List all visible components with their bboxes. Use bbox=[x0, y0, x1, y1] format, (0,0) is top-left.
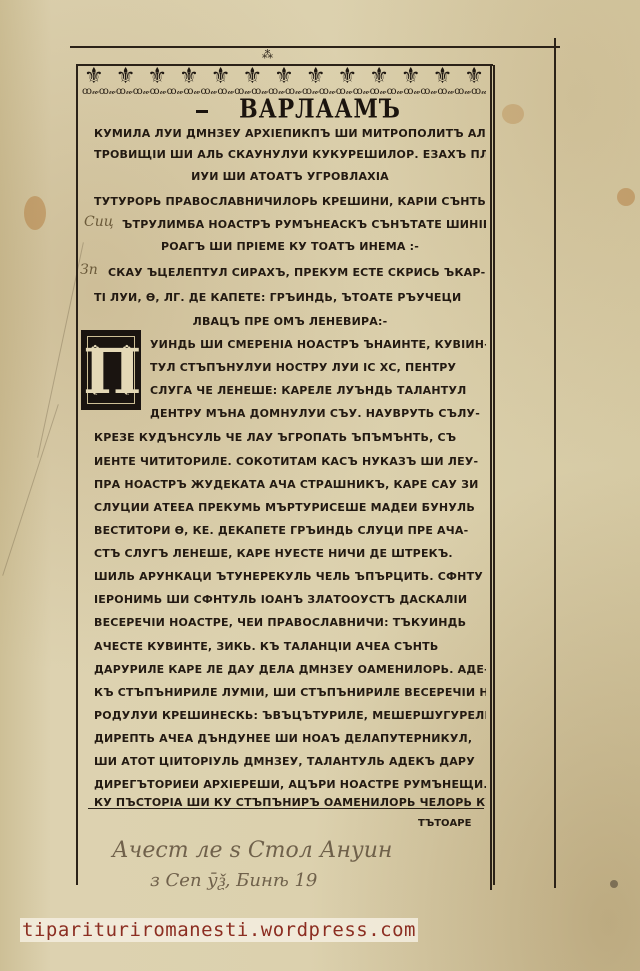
handwritten-note-line: з Сеп ӯѯ, Бинѣ 19 bbox=[150, 870, 317, 891]
margin-column-rule bbox=[554, 38, 556, 888]
watermark-url: tiparituriromanesti.wordpress.com bbox=[20, 918, 418, 942]
body-line: ДИРЕПТЬ АЧЕА ДЪНДУНЕЕ ШИ НОАЪ ДЕЛАПУТЕРН… bbox=[94, 732, 486, 746]
floral-ornament-icon: ✿ bbox=[123, 344, 131, 355]
handwritten-note-line: Ачест ле ѕ Стол Ануин bbox=[112, 838, 392, 863]
fleuron-icon: ⚜ bbox=[242, 66, 262, 88]
scripture-line: ЛВАЦЪ ПРЕ ОМЪ ЛЕНЕВИРА:- bbox=[94, 315, 486, 329]
paper-stain bbox=[617, 188, 635, 206]
fleuron-icon: ⚜ bbox=[306, 66, 326, 88]
fleuron-icon: ⚜ bbox=[433, 66, 453, 88]
floral-ornament-icon: ❦ bbox=[91, 387, 99, 398]
intro-line: ТРОВИЩІИ ШИ АЛЬ СКАУНУЛУИ КУКУРЕШИЛОР. Е… bbox=[94, 148, 486, 162]
body-line: КЪ СТЪПЪНИРИЛЕ ЛУМІИ, ШИ СТЪПЪНИРИЛЕ ВЕС… bbox=[94, 686, 486, 700]
body-line: УИНДЬ ШИ СМЕРЕНІА НОАСТРЪ ЪНАИНТЕ, КУВІИ… bbox=[150, 338, 486, 352]
floral-ornament-icon: ✿ bbox=[91, 344, 99, 355]
fleuron-icon: ⚜ bbox=[179, 66, 199, 88]
fleuron-icon: ⚜ bbox=[338, 66, 358, 88]
paper-stain bbox=[610, 880, 618, 888]
body-line: ВЕСЕРЕЧІИ НОАСТРЕ, ЧЕИ ПРАВОСЛАВНИЧИ: ТЪ… bbox=[94, 616, 486, 630]
fleuron-icon: ⚜ bbox=[116, 66, 136, 88]
catchword: ТЪТОАРЕ bbox=[418, 818, 471, 829]
intro-line: КУМИЛА ЛУИ ДМНЗЕУ АРХІЕПИКПЪ ШИ МИТРОПОЛ… bbox=[94, 127, 486, 141]
address-line: ЪТРУЛИМБА НОАСТРЪ РУМЪНЕАСКЪ СЪНЪТАТЕ ШИ… bbox=[122, 218, 486, 232]
frame-top-rule bbox=[70, 46, 560, 48]
fleuron-icon: ⚜ bbox=[84, 66, 104, 88]
body-line: ИЕНТЕ ЧИТИТОРИЛЕ. СОКОТИТАМ КАСЪ НУКАЗЪ … bbox=[94, 455, 486, 469]
margin-note: Зп bbox=[80, 262, 98, 278]
fleuron-ornament-row: ⚜⚜⚜⚜⚜⚜⚜⚜⚜⚜⚜⚜⚜ bbox=[84, 66, 484, 88]
text-bottom-rule bbox=[88, 808, 484, 809]
body-line: СЛУЦИИ АТЕЕА ПРЕКУМЬ МЪРТУРИСЕШЕ МАДЕИ Б… bbox=[94, 501, 486, 515]
address-line: ТУТУРОРЬ ПРАВОСЛАВНИЧИЛОРЬ КРЕШИНИ, КАРІ… bbox=[94, 195, 486, 209]
body-line: КРЕЗЕ КУДЪНСУЛЬ ЧЕ ЛАУ ЪГРОПАТЬ ЪПЪМЪНТЬ… bbox=[94, 431, 486, 445]
scanned-page: ⁂ ⚜⚜⚜⚜⚜⚜⚜⚜⚜⚜⚜⚜⚜ ꝏ𝓌ꝏ𝓌ꝏ𝓌ꝏ𝓌ꝏ𝓌ꝏ𝓌ꝏ𝓌ꝏ𝓌ꝏ𝓌ꝏ𝓌ꝏ𝓌ꝏ𝓌… bbox=[0, 0, 640, 971]
body-line: ШИ АТОТ ЦІИТОРІУЛЬ ДМНЗЕУ, ТАЛАНТУЛЬ АДЕ… bbox=[94, 755, 486, 769]
fleuron-icon: ⚜ bbox=[464, 66, 484, 88]
body-line: ШИЛЬ АРУНКАЦИ ЪТУНЕРЕКУЛЬ ЧЕЛЬ ЪПЪРЦИТЬ.… bbox=[94, 570, 486, 584]
paper-crease bbox=[2, 404, 59, 575]
body-line: ТУЛ СТЪПЪНУЛУИ НОСТРУ ЛУИ ІС ХС, ПЕНТРУ bbox=[150, 361, 486, 375]
scripture-line: СКАУ ЪЦЕЛЕПТУЛ СИРАХЪ, ПРЕКУМ ЕСТЕ СКРИС… bbox=[108, 266, 486, 280]
fleuron-icon: ⚜ bbox=[369, 66, 389, 88]
page-title: ВАРЛААМЪ bbox=[0, 93, 640, 124]
body-line: РОДУЛУИ КРЕШИНЕСКЬ: ЪВЪЦЪТУРИЛЕ, МЕШЕРШУ… bbox=[94, 709, 486, 723]
body-line: СЛУГА ЧЕ ЛЕНЕШЕ: КАРЕЛЕ ЛУЪНДЬ ТАЛАНТУЛ bbox=[150, 384, 486, 398]
address-line: РОАГЪ ШИ ПРІЕМЕ КУ ТОАТЪ ИНЕМА :- bbox=[94, 240, 486, 254]
body-line: ДЕНТРУ МЪНА ДОМНУЛУИ СЪУ. НАУВРУТЬ СЪЛУ- bbox=[150, 407, 486, 421]
paper-stain bbox=[24, 196, 46, 230]
illuminated-drop-cap: П ✿ ✿ ❦ ❦ bbox=[81, 330, 141, 410]
body-line: СТЪ СЛУГЪ ЛЕНЕШЕ, КАРЕ НУЕСТЕ НИЧИ ДЕ ШТ… bbox=[94, 547, 486, 561]
fleuron-icon: ⚜ bbox=[401, 66, 421, 88]
body-line: ДИРЕГЪТОРИЕИ АРХІЕРЕШИ, АЦЪРИ НОАСТРЕ РУ… bbox=[94, 778, 486, 792]
scripture-line: ТІ ЛУИ, Ѳ, ЛГ. ДЕ КАПЕТЕ: ГРЪИНДЬ, ЪТОАТ… bbox=[94, 291, 486, 305]
fleuron-icon: ⚜ bbox=[274, 66, 294, 88]
body-line: ДАРУРИЛЕ КАРЕ ЛЕ ДАУ ДЕЛА ДМНЗЕУ ОАМЕНИЛ… bbox=[94, 663, 486, 677]
header-ornament: ⁂ bbox=[262, 48, 274, 61]
body-line: ВЕСТИТОРИ Ѳ, КЕ. ДЕКАПЕТЕ ГРЪИНДЬ СЛУЦИ … bbox=[94, 524, 486, 538]
body-line: ПРА НОАСТРЪ ЖУДЕКАТА АЧА СТРАШНИКЪ, КАРЕ… bbox=[94, 478, 486, 492]
body-line: ІЕРОНИМЬ ШИ СФНТУЛЬ ІОАНЪ ЗЛАТООУСТЪ ДАС… bbox=[94, 593, 486, 607]
margin-note: Сиц bbox=[84, 214, 114, 230]
floral-ornament-icon: ❦ bbox=[123, 387, 131, 398]
intro-line: ИУИ ШИ АТОАТЪ УГРОВЛАХІА bbox=[94, 170, 486, 184]
fleuron-icon: ⚜ bbox=[147, 66, 167, 88]
body-line: АЧЕСТЕ КУВИНТЕ, ЗИКЬ. КЪ ТАЛАНЦІИ АЧЕА С… bbox=[94, 640, 486, 654]
fleuron-icon: ⚜ bbox=[211, 66, 231, 88]
